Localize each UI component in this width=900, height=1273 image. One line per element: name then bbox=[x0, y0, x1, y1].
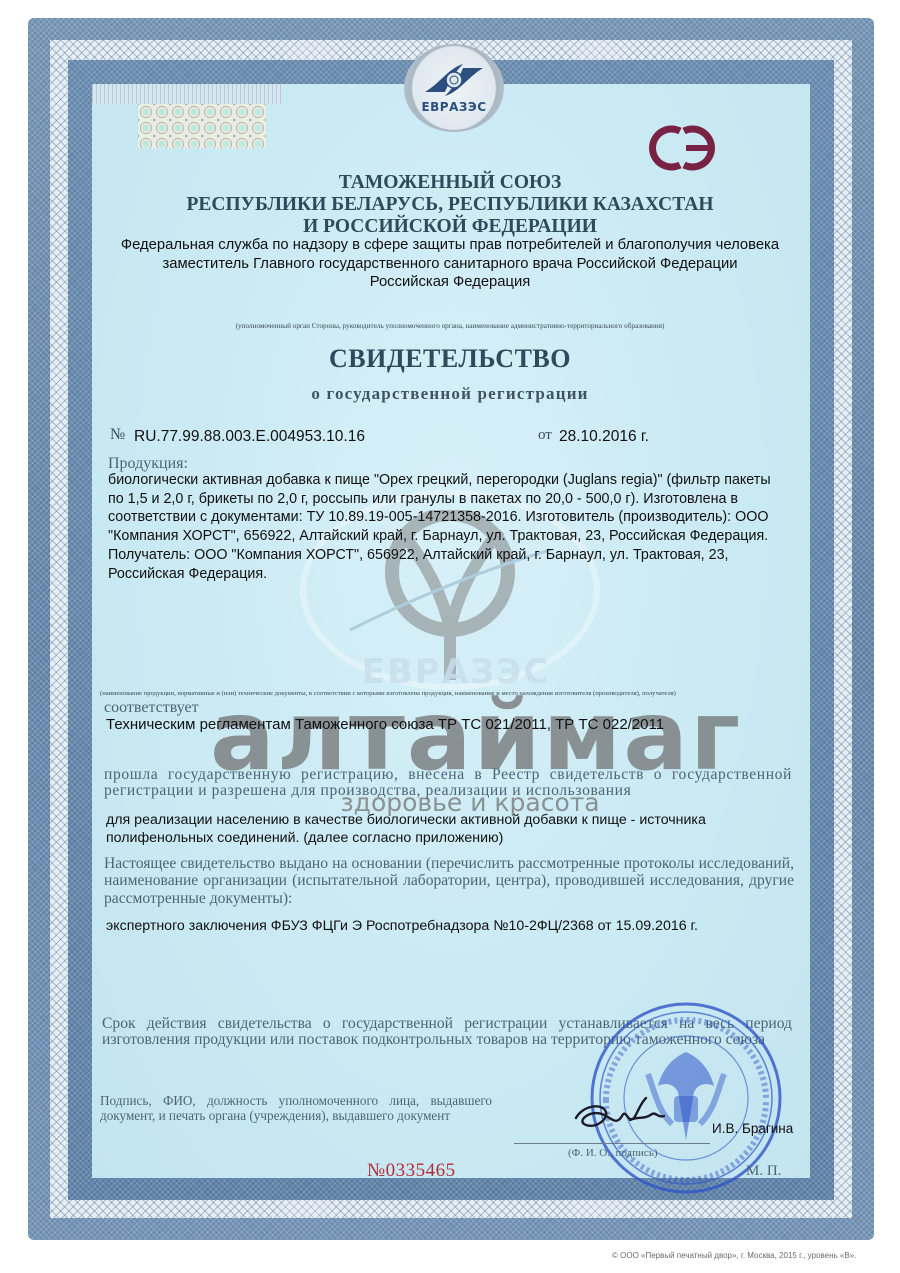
registration-number: RU.77.99.88.003.E.004953.10.16 bbox=[134, 428, 365, 446]
signature-line bbox=[514, 1143, 710, 1144]
eac-conformity-mark-icon bbox=[642, 122, 722, 174]
paper-top-band bbox=[92, 84, 282, 104]
evrazes-logo-text: ЕВРАЗЭС bbox=[421, 100, 486, 114]
number-label: № bbox=[110, 426, 125, 444]
document-title: СВИДЕТЕЛЬСТВО bbox=[200, 344, 700, 374]
evrazes-logo: ЕВРАЗЭС bbox=[404, 44, 504, 132]
hologram-sticker bbox=[138, 104, 266, 148]
document-subtitle: о государственной регистрации bbox=[200, 384, 700, 404]
customs-union-title: ТАМОЖЕННЫЙ СОЮЗ РЕСПУБЛИКИ БЕЛАРУСЬ, РЕС… bbox=[150, 172, 750, 238]
expert-conclusion: экспертного заключения ФБУЗ ФЦГи Э Роспо… bbox=[106, 918, 698, 934]
printer-imprint: © ООО «Первый печатный двор», г. Москва,… bbox=[612, 1251, 856, 1260]
date-label: от bbox=[538, 427, 552, 444]
signature-caption: Подпись, ФИО, должность уполномоченного … bbox=[100, 1093, 492, 1123]
complies-label: соответствует bbox=[104, 699, 199, 717]
technical-regulations: Техническим регламентам Таможенного союз… bbox=[106, 716, 664, 733]
issuing-agency: Федеральная служба по надзору в сфере за… bbox=[110, 236, 790, 292]
usage-scope: для реализации населению в качестве биол… bbox=[106, 811, 786, 847]
registration-date: 28.10.2016 г. bbox=[559, 428, 649, 446]
seal-place-caption: М. П. bbox=[746, 1163, 781, 1180]
form-serial-number: №0335465 bbox=[367, 1160, 456, 1182]
handwritten-signature-icon bbox=[572, 1090, 682, 1138]
product-description: биологически активная добавка к пище "Ор… bbox=[108, 471, 814, 583]
fio-caption: (Ф. И. О., подпись) bbox=[568, 1147, 658, 1159]
authority-caption: (уполномоченный орган Стороны, руководит… bbox=[120, 322, 780, 330]
signer-name: И.В. Брагина bbox=[712, 1121, 793, 1136]
basis-statement: Настоящее свидетельство выдано на основа… bbox=[104, 855, 794, 907]
evrazes-emblem-icon bbox=[419, 62, 489, 98]
